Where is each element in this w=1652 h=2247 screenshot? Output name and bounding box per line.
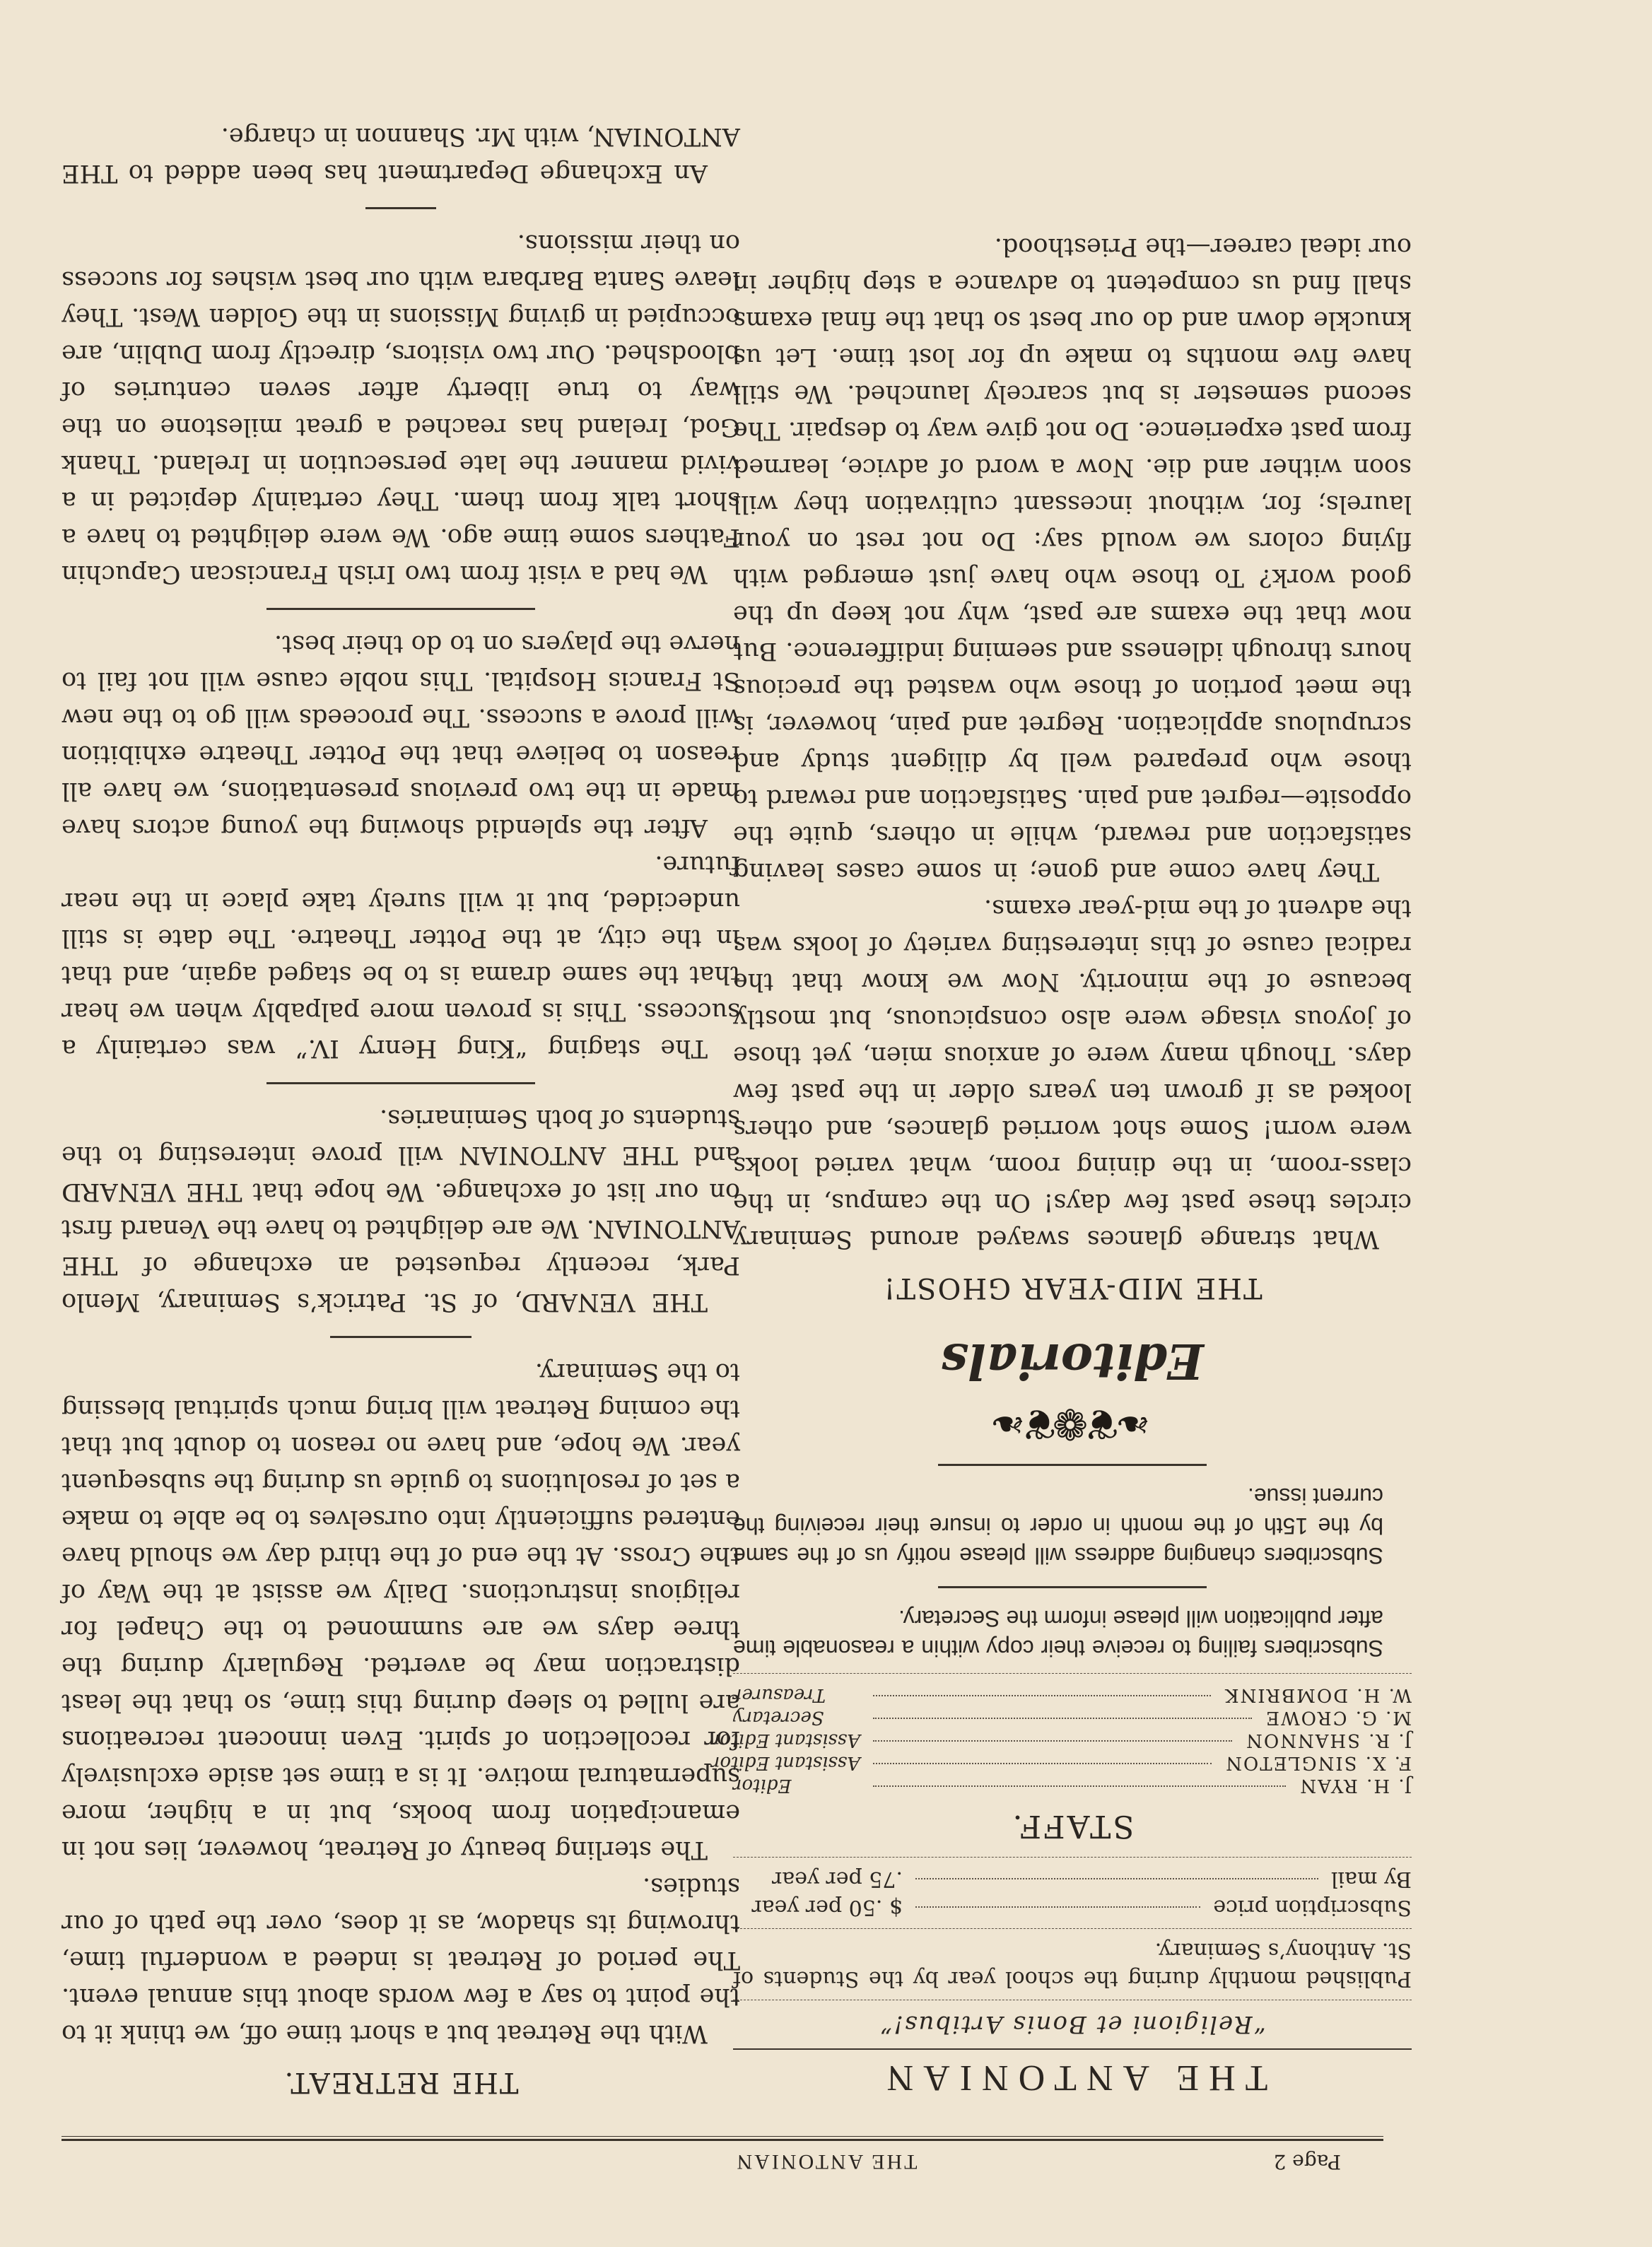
staff-member: J. R. SHANNON Assistant Editor [733,1729,1412,1752]
staff-role: Editor [733,1774,860,1797]
article-title: THE MID-YEAR GHOST! [733,1272,1412,1304]
price-amount: .75 per year [733,1865,903,1893]
staff-member: J. H. RYAN Editor [733,1774,1412,1797]
staff-heading: STAFF. [733,1808,1412,1844]
article-title: THE RETREAT. [61,2066,740,2099]
divider [938,1464,1207,1466]
staff-role: Treasurer [733,1684,860,1706]
running-head: Page 2 THE ANTONIAN [0,2138,1652,2173]
published-note: Published monthly during the school year… [733,1929,1412,2000]
divider [330,1336,471,1338]
staff-member: W. H. DOMBRINK Treasurer [733,1684,1412,1706]
price-row: Subscription price $ .50 per year [733,1893,1412,1921]
staff-name: J. R. SHANNON [1245,1729,1412,1752]
running-title: THE ANTONIAN [0,2149,1652,2173]
leader-dots [873,1695,1211,1696]
masthead-title: THE ANTONIAN [733,2057,1412,2099]
notice-missing-copy: Subscribers failing to receive their cop… [733,1604,1412,1663]
divider [733,1928,1412,1929]
article-paragraph: What strange glances swayed around Semin… [733,890,1412,1257]
leader-dots [873,1718,1252,1719]
newspaper-page: Page 2 THE ANTONIAN THE ANTONIAN “Religi… [0,0,1652,2247]
article-paragraph: The sterling beauty of Retreat, however,… [61,1354,740,1868]
article-paragraph: An Exchange Department has been added to… [61,118,740,192]
divider [938,1586,1207,1588]
section-heading: Editorials [733,1332,1412,1389]
staff-name: F. X. SINGLETON [1224,1752,1412,1774]
divider [365,207,436,209]
leader-dots [915,1878,1318,1879]
staff-name: W. H. DOMBRINK [1224,1684,1412,1706]
divider [266,1082,535,1084]
staff-member: F. X. SINGLETON Assistant Editor [733,1752,1412,1774]
leader-dots [873,1785,1286,1787]
leader-dots [915,1906,1200,1908]
article-paragraph: After the splendid showing the young act… [61,626,740,846]
leader-dots [873,1763,1212,1764]
leader-dots [873,1740,1232,1742]
divider [733,1857,1412,1858]
article-paragraph: The staging “King Henry IV.” was certain… [61,846,740,1067]
staff-member: M. G. CROWE Secretary [733,1706,1412,1729]
pricing: Subscription price $ .50 per year By mai… [733,1858,1412,1928]
article-paragraph: THE VENARD, of St. Patrick’s Seminary, M… [61,1100,740,1320]
divider [733,2000,1412,2000]
articles-column: THE RETREAT. With the Retreat but a shor… [61,118,740,2127]
masthead-column: THE ANTONIAN “Religioni et Bonis Artibus… [733,228,1412,2127]
staff-name: M. G. CROWE [1265,1706,1412,1729]
motto: “Religioni et Bonis Artibus!” [733,2010,1412,2038]
staff-role: Assistant Editor [733,1752,860,1774]
header-rule [61,2139,1383,2141]
article-paragraph: They have come and gone; in some cases l… [733,228,1412,890]
price-row: By mail .75 per year [733,1865,1412,1893]
price-amount: $ .50 per year [733,1893,903,1921]
divider [266,608,535,610]
staff-role: Assistant Editor [733,1729,860,1752]
staff-role: Secretary [733,1706,860,1729]
staff-name: J. H. RYAN [1299,1774,1412,1797]
ornament-flourish-icon: ❧❦❁❦❧ [733,1399,1412,1448]
article-paragraph: With the Retreat but a short time off, w… [61,1868,740,2052]
staff-list: J. H. RYAN Editor F. X. SINGLETON Assist… [733,1684,1412,1797]
divider [733,1673,1412,1674]
price-label: By mail [1331,1865,1412,1893]
price-label: Subscription price [1213,1893,1412,1921]
header-rule-thin [61,2136,1383,2137]
notice-address-change: Subscribers changing address will please… [733,1482,1412,1571]
divider [733,2048,1412,2050]
article-paragraph: We had a visit from two Irish Franciscan… [61,225,740,592]
